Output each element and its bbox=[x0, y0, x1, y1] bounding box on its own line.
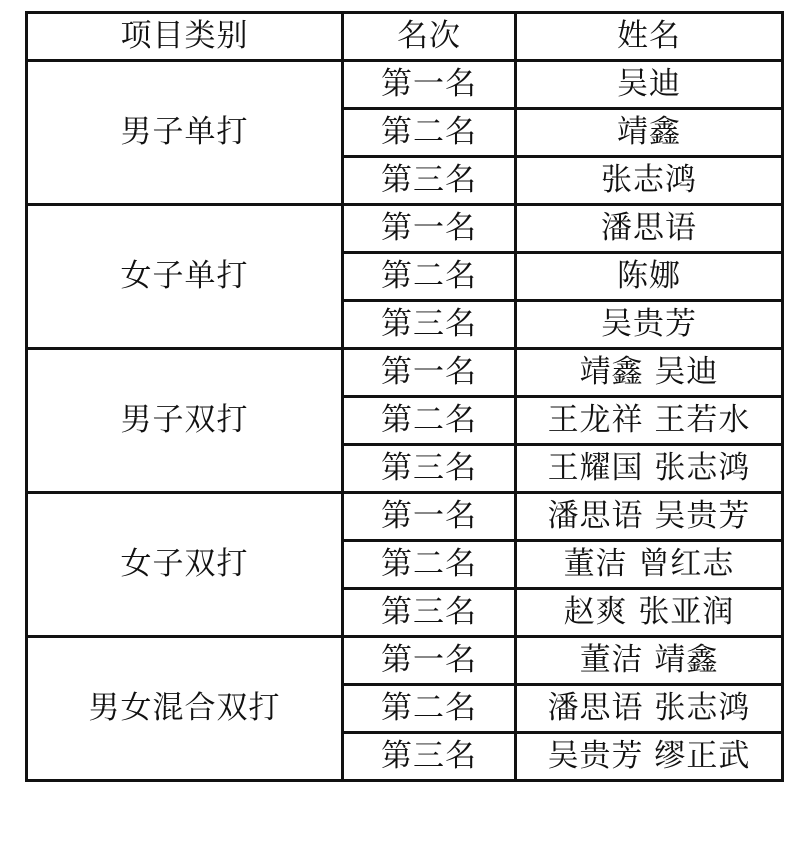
rank-cell: 第三名 bbox=[343, 589, 516, 637]
rank-cell: 第一名 bbox=[343, 637, 516, 685]
name-cell: 赵爽 张亚润 bbox=[516, 589, 783, 637]
table-row: 女子双打 第一名 潘思语 吴贵芳 bbox=[27, 493, 783, 541]
rank-cell: 第二名 bbox=[343, 109, 516, 157]
name-cell: 吴贵芳 缪正武 bbox=[516, 733, 783, 781]
category-cell: 女子单打 bbox=[27, 205, 343, 349]
name-cell: 陈娜 bbox=[516, 253, 783, 301]
rank-cell: 第二名 bbox=[343, 397, 516, 445]
name-cell: 吴贵芳 bbox=[516, 301, 783, 349]
name-cell: 靖鑫 bbox=[516, 109, 783, 157]
name-cell: 董洁 靖鑫 bbox=[516, 637, 783, 685]
table-row: 男女混合双打 第一名 董洁 靖鑫 bbox=[27, 637, 783, 685]
category-cell: 女子双打 bbox=[27, 493, 343, 637]
table-row: 男子双打 第一名 靖鑫 吴迪 bbox=[27, 349, 783, 397]
header-category: 项目类别 bbox=[27, 13, 343, 61]
rank-cell: 第一名 bbox=[343, 205, 516, 253]
rank-cell: 第二名 bbox=[343, 541, 516, 589]
name-cell: 潘思语 吴贵芳 bbox=[516, 493, 783, 541]
rank-cell: 第三名 bbox=[343, 301, 516, 349]
rank-cell: 第一名 bbox=[343, 493, 516, 541]
category-cell: 男子单打 bbox=[27, 61, 343, 205]
table-row: 女子单打 第一名 潘思语 bbox=[27, 205, 783, 253]
name-cell: 王耀国 张志鸿 bbox=[516, 445, 783, 493]
results-table: 项目类别 名次 姓名 男子单打 第一名 吴迪 第二名 靖鑫 第三名 张志鸿 女子… bbox=[25, 11, 784, 782]
rank-cell: 第三名 bbox=[343, 157, 516, 205]
rank-cell: 第一名 bbox=[343, 349, 516, 397]
header-name: 姓名 bbox=[516, 13, 783, 61]
header-rank: 名次 bbox=[343, 13, 516, 61]
name-cell: 张志鸿 bbox=[516, 157, 783, 205]
name-cell: 靖鑫 吴迪 bbox=[516, 349, 783, 397]
rank-cell: 第一名 bbox=[343, 61, 516, 109]
category-cell: 男子双打 bbox=[27, 349, 343, 493]
rank-cell: 第三名 bbox=[343, 733, 516, 781]
rank-cell: 第三名 bbox=[343, 445, 516, 493]
name-cell: 潘思语 张志鸿 bbox=[516, 685, 783, 733]
table-row: 男子单打 第一名 吴迪 bbox=[27, 61, 783, 109]
name-cell: 王龙祥 王若水 bbox=[516, 397, 783, 445]
rank-cell: 第二名 bbox=[343, 253, 516, 301]
name-cell: 董洁 曾红志 bbox=[516, 541, 783, 589]
name-cell: 吴迪 bbox=[516, 61, 783, 109]
rank-cell: 第二名 bbox=[343, 685, 516, 733]
header-row: 项目类别 名次 姓名 bbox=[27, 13, 783, 61]
category-cell: 男女混合双打 bbox=[27, 637, 343, 781]
name-cell: 潘思语 bbox=[516, 205, 783, 253]
